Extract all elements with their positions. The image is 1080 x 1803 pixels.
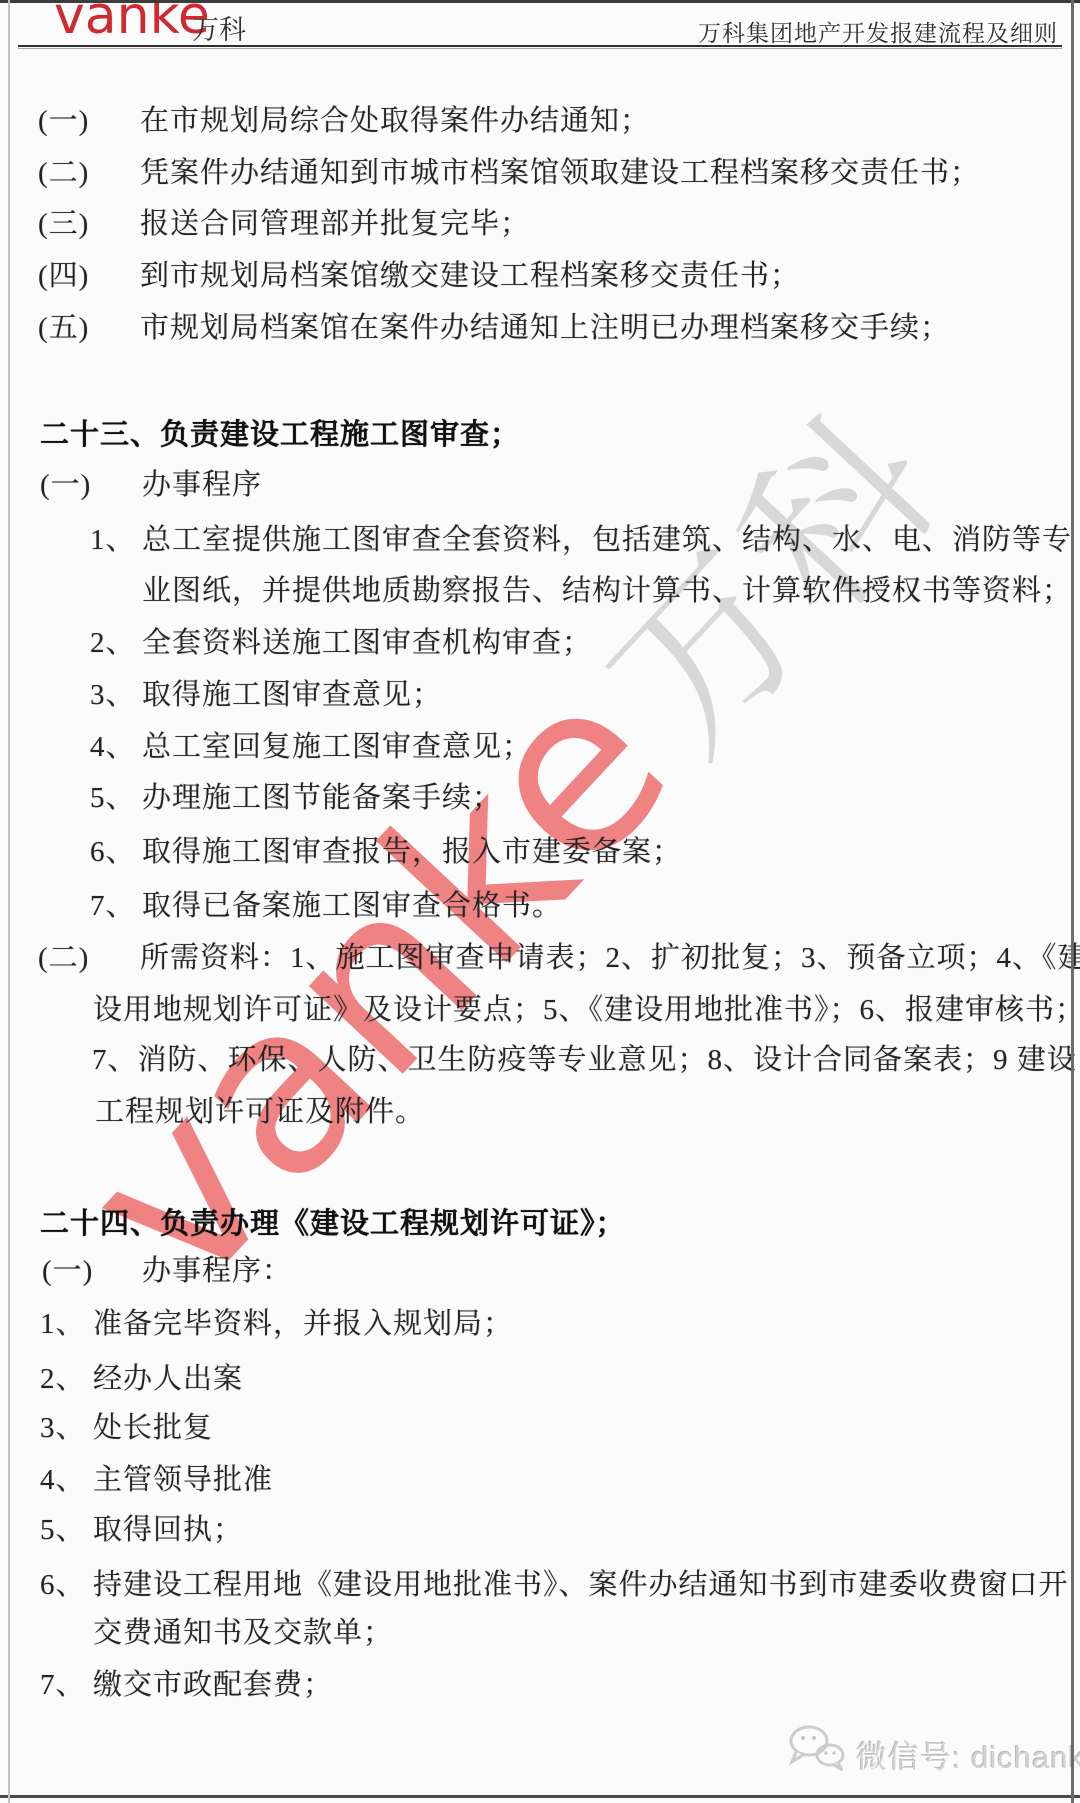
list-item: 4、主管领导批准 [0,1461,1080,1499]
list-item: (一)办事程序 [0,466,1080,504]
section-heading-24: 二十四、负责办理《建设工程规划许可证》； [0,1205,1080,1243]
wechat-id-label: 微信号: dichanku [856,1732,1080,1777]
list-item: 5、办理施工图节能备案手续； [0,779,1080,817]
list-item: 1、准备完毕资料，并报入规划局； [0,1305,1080,1343]
list-item: (五)市规划局档案馆在案件办结通知上注明已办理档案移交手续； [0,309,1080,347]
vanke-logo-latin: vanke [54,0,210,46]
list-item: (二)凭案件办结通知到市城市档案馆领取建设工程档案移交责任书； [0,154,1080,192]
list-item: 4、总工室回复施工图审查意见； [0,728,1080,766]
document-header-title: 万科集团地产开发报建流程及细则 [698,15,1058,48]
vanke-logo-cjk: 万科 [192,8,246,47]
list-item: 3、处长批复 [0,1409,1080,1447]
header-divider-line [18,45,1062,47]
list-item: 6、持建设工程用地《建设用地批准书》、案件办结通知书到市建委收费窗口开 [0,1566,1080,1604]
list-item: (四)到市规划局档案馆缴交建设工程档案移交责任书； [0,257,1080,295]
list-item: 7、缴交市政配套费； [0,1666,1080,1704]
list-item: 6、取得施工图审查报告，报入市建委备案； [0,833,1080,871]
list-item: 3、取得施工图审查意见； [0,676,1080,714]
scanned-document-page: { "header": { "logo_latin": "vanke", "lo… [0,0,1080,1803]
scan-edge-right [1071,0,1074,1803]
wechat-icon [786,1722,848,1779]
list-item: (一)办事程序： [0,1252,1080,1290]
scan-edge-bottom [0,1795,1080,1798]
paragraph-continuation: 工程规划许可证及附件。 [0,1093,1080,1131]
scan-edge-top [0,0,1080,3]
list-item: 5、取得回执； [0,1511,1080,1549]
list-item-continuation: 交费通知书及交款单； [0,1614,1080,1652]
paragraph-continuation: 设用地规划许可证》及设计要点；5、《建设用地批准书》；6、报建审核书； [0,991,1080,1029]
scan-edge-left [8,0,10,1803]
list-item: 2、全套资料送施工图审查机构审查； [0,624,1080,662]
header-divider-shadow [18,48,1062,49]
paragraph-continuation: 7、消防、环保、人防、卫生防疫等专业意见；8、设计合同备案表；9 建设 [0,1041,1080,1079]
list-item-continuation: 业图纸，并提供地质勘察报告、结构计算书、计算软件授权书等资料； [0,572,1080,610]
list-item: (一)在市规划局综合处取得案件办结通知； [0,102,1080,140]
list-item: 7、取得已备案施工图审查合格书。 [0,887,1080,925]
list-item: 2、经办人出案 [0,1360,1080,1398]
list-item: 1、总工室提供施工图审查全套资料，包括建筑、结构、水、电、消防等专 [0,521,1080,559]
list-item: (三)报送合同管理部并批复完毕； [0,205,1080,243]
section-heading-23: 二十三、负责建设工程施工图审查； [0,416,1080,454]
wechat-footer-watermark: 微信号: dichanku [786,1718,1066,1780]
list-item: (二)所需资料：1、施工图审查申请表；2、扩初批复；3、预备立项；4、《建 [0,939,1080,977]
